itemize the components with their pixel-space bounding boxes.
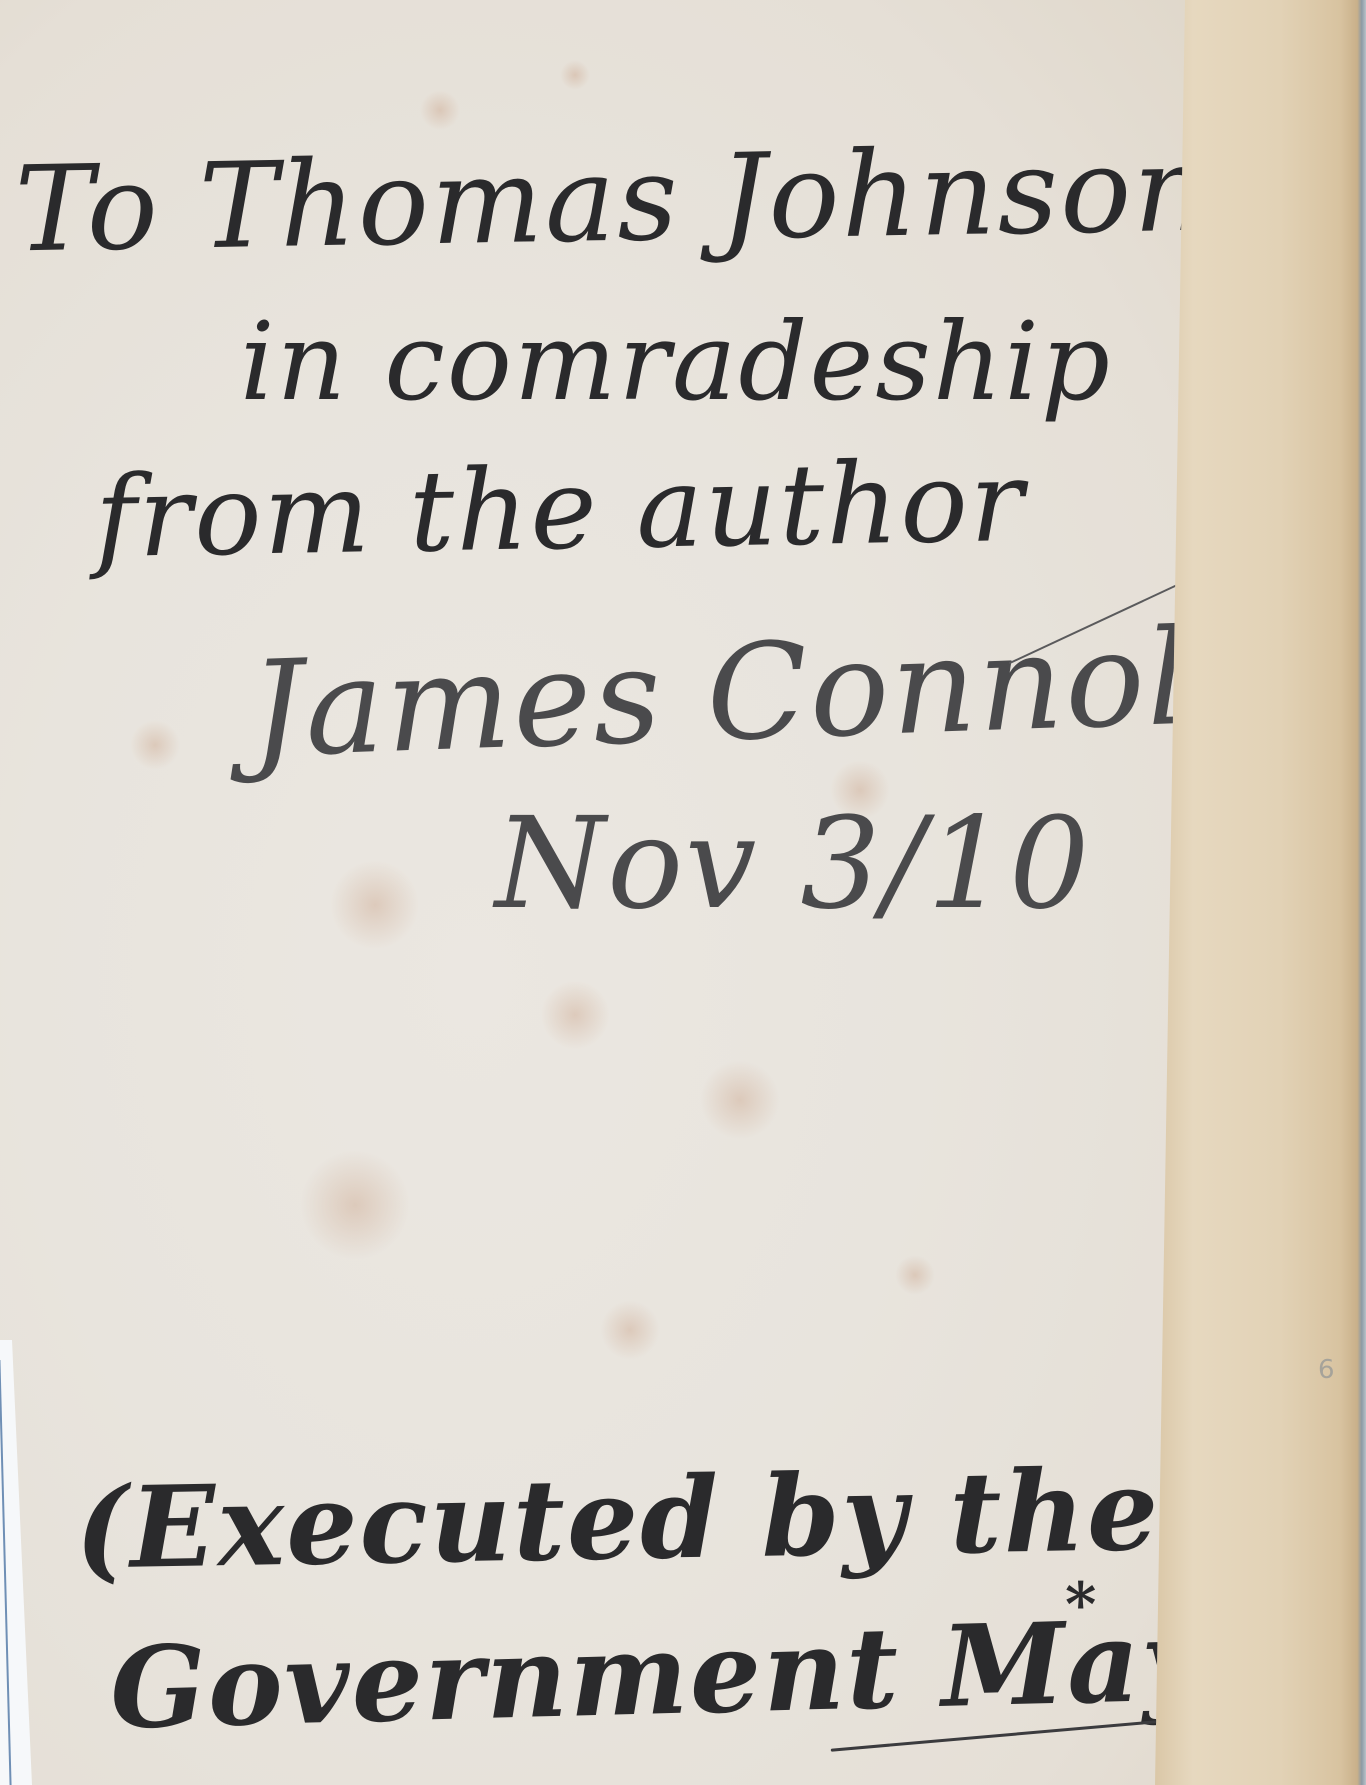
inscription-recipient: To Thomas Johnson xyxy=(14,120,1212,279)
page-number-mark: 6 xyxy=(1318,1355,1335,1385)
book-gutter xyxy=(1150,0,1366,1785)
author-signature: James Connolly xyxy=(248,597,1314,788)
foxing-stain xyxy=(420,90,460,130)
flyleaf-page: To Thomas Johnson in comradeship from th… xyxy=(0,0,1185,1785)
foxing-stain xyxy=(330,860,420,950)
foxing-stain xyxy=(540,980,610,1050)
inscription-from-author: from the author xyxy=(94,437,1026,583)
foxing-stain xyxy=(560,60,590,90)
inscription-date: Nov 3/10 xyxy=(495,790,1091,937)
foxing-stain xyxy=(300,1150,410,1260)
foxing-stain xyxy=(700,1060,780,1140)
inscription-comradeship: in comradeship xyxy=(240,300,1112,425)
foxing-stain xyxy=(895,1255,935,1295)
foxing-stain xyxy=(600,1300,660,1360)
foxing-stain xyxy=(130,720,180,770)
